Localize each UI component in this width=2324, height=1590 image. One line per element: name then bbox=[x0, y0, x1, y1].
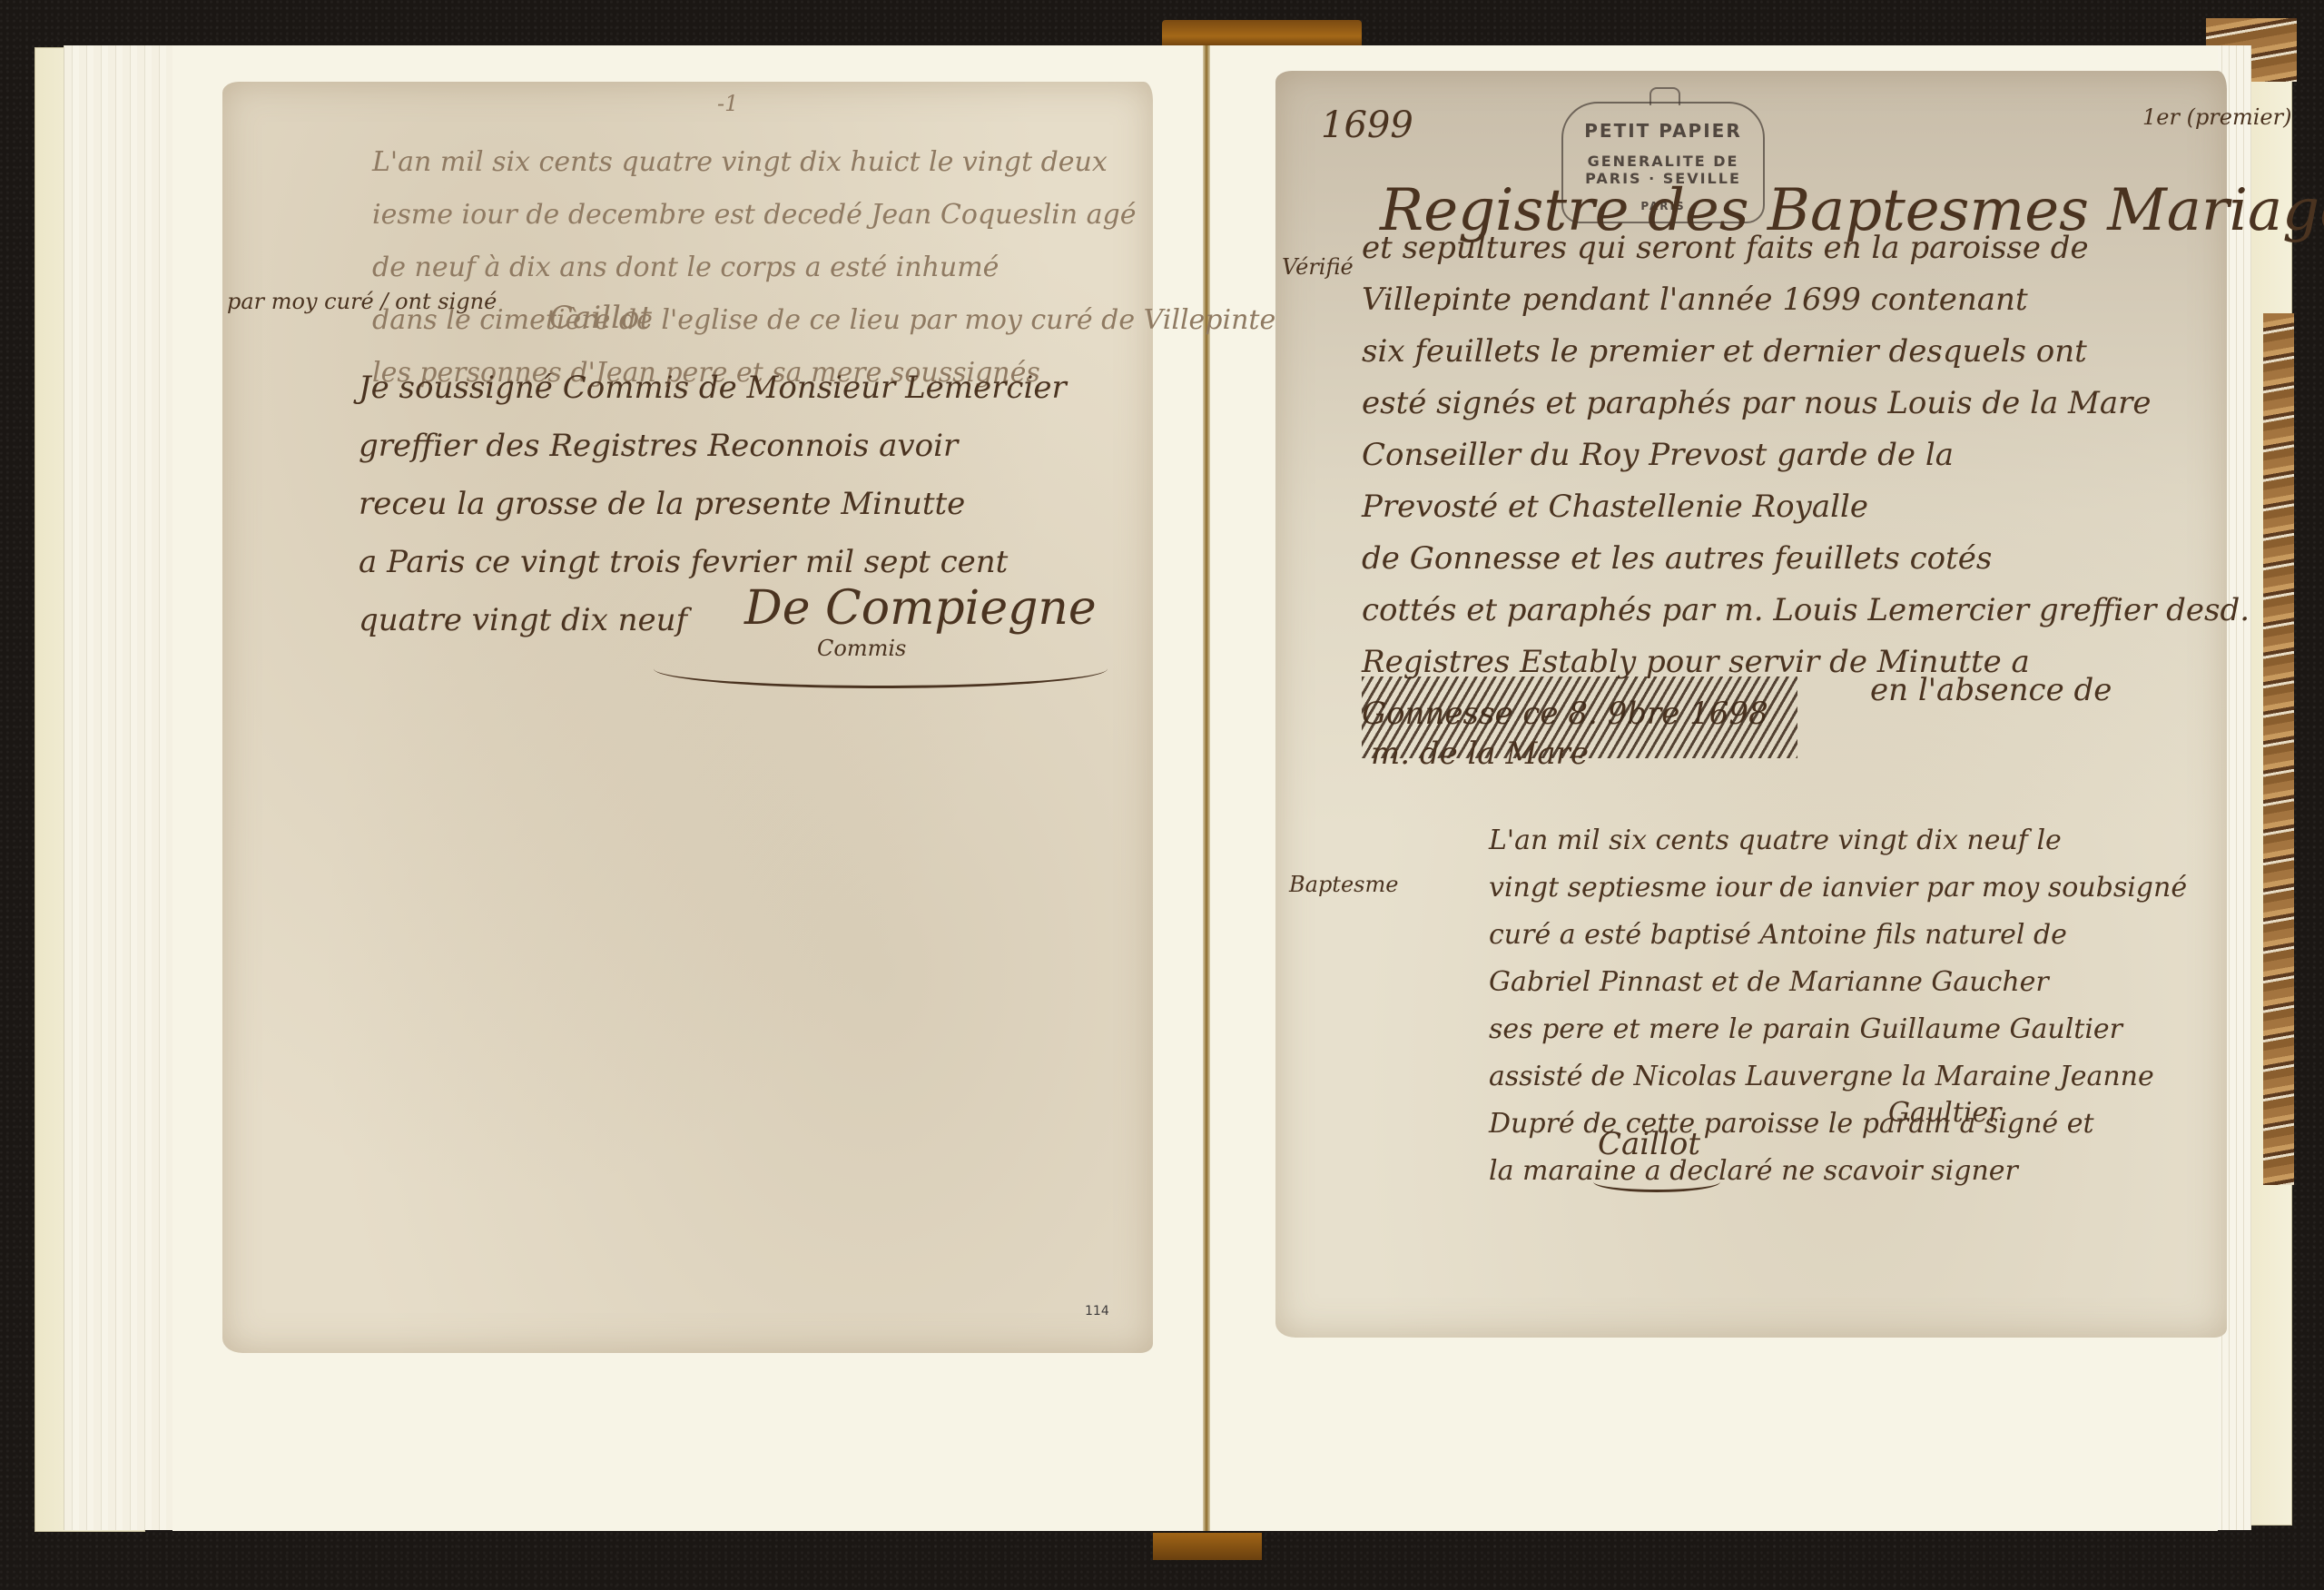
header-line: de Gonnesse et les autres feuillets coté… bbox=[1362, 533, 2250, 585]
baptism-line: curé a esté baptisé Antoine fils naturel… bbox=[1489, 912, 2187, 959]
leather-spine-top bbox=[1162, 20, 1362, 47]
header-line: Conseiller du Roy Prevost garde de la bbox=[1362, 430, 2250, 481]
folio-number: 114 bbox=[1085, 1304, 1109, 1318]
margin-note-left: par moy curé / ont signé bbox=[227, 289, 497, 314]
baptism-signature-curé: Caillot bbox=[1598, 1126, 1700, 1162]
page-stack-left bbox=[64, 45, 173, 1530]
signature-flourish bbox=[1593, 1171, 1720, 1192]
folio-mark-top: -1 bbox=[717, 91, 738, 116]
baptism-line: vingt septiesme iour de ianvier par moy … bbox=[1489, 864, 2187, 912]
baptism-line: L'an mil six cents quatre vingt dix neuf… bbox=[1489, 817, 2187, 864]
certification-line: Je soussigné Commis de Monsieur Lemercie… bbox=[359, 359, 1067, 417]
margin-note-baptesme: Baptesme bbox=[1289, 872, 1398, 897]
open-register-book: -1 L'an mil six cents quatre vingt dix h… bbox=[0, 0, 2324, 1590]
marbled-endpaper bbox=[2263, 313, 2294, 1185]
register-header-text: et sepultures qui seront faits en la par… bbox=[1362, 222, 2250, 740]
burial-line: dans le cimetière de l'eglise de ce lieu… bbox=[372, 294, 1275, 347]
burial-line: L'an mil six cents quatre vingt dix huic… bbox=[372, 136, 1275, 189]
leather-spine-bottom bbox=[1153, 1533, 1262, 1560]
margin-note-verifie: Vérifié bbox=[1282, 254, 1354, 280]
absence-name: m. de la Mare bbox=[1371, 736, 1589, 772]
baptism-line: assisté de Nicolas Lauvergne la Maraine … bbox=[1489, 1053, 2187, 1101]
baptism-signature-godfather: Gaultier bbox=[1888, 1097, 2002, 1129]
burial-line: iesme iour de decembre est decedé Jean C… bbox=[372, 189, 1275, 242]
burial-signature: Caillot bbox=[549, 300, 652, 336]
register-year: 1699 bbox=[1321, 104, 1413, 146]
header-line: esté signés et paraphés par nous Louis d… bbox=[1362, 378, 2250, 430]
header-line: Villepinte pendant l'année 1699 contenan… bbox=[1362, 274, 2250, 326]
header-line: cottés et paraphés par m. Louis Lemercie… bbox=[1362, 585, 2250, 637]
header-line: Prevosté et Chastellenie Royalle bbox=[1362, 481, 2250, 533]
header-line: et sepultures qui seront faits en la par… bbox=[1362, 222, 2250, 274]
corner-note: 1er (premier) bbox=[2142, 104, 2291, 130]
absence-note: en l'absence de bbox=[1870, 672, 2112, 708]
signature-flourish bbox=[654, 649, 1108, 688]
baptism-line: Gabriel Pinnast et de Marianne Gaucher bbox=[1489, 959, 2187, 1006]
baptism-line: ses pere et mere le parain Guillaume Gau… bbox=[1489, 1006, 2187, 1053]
crown-icon bbox=[1649, 87, 1680, 105]
stamp-line1: PETIT PAPIER bbox=[1563, 120, 1763, 142]
baptism-entry: L'an mil six cents quatre vingt dix neuf… bbox=[1489, 817, 2187, 1195]
certification-line: receu la grosse de la presente Minutte bbox=[359, 475, 1067, 533]
burial-line: de neuf à dix ans dont le corps a esté i… bbox=[372, 242, 1275, 294]
certification-line: greffier des Registres Reconnois avoir bbox=[359, 417, 1067, 475]
certification-signature: De Compiegne bbox=[744, 581, 1097, 636]
header-line: six feuillets le premier et dernier desq… bbox=[1362, 326, 2250, 378]
baptism-line: Dupré de cette paroisse le parain a sign… bbox=[1489, 1101, 2187, 1148]
